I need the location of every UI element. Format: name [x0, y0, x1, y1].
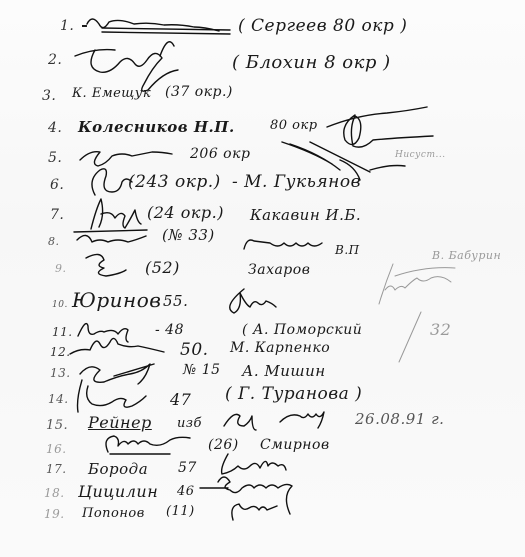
entry-name: Какавин И.Б.: [250, 206, 361, 224]
entry-number: 9.: [55, 262, 67, 275]
entry-district: (24 окр.): [147, 203, 224, 222]
entry-district: (№ 33): [162, 226, 215, 244]
entry-extra: В.П: [335, 243, 360, 257]
entry-name: А. Мишин: [242, 362, 326, 380]
signature: [240, 235, 350, 255]
entry-note: ( Блохин 8 окр ): [232, 52, 391, 73]
entry-district: 206 окр: [190, 146, 250, 162]
entry-name: К. Емещук: [72, 86, 151, 101]
entry-name: Юринов: [72, 288, 161, 312]
entry-number: 7.: [50, 207, 64, 223]
entry-district: (52): [145, 258, 180, 277]
entry-name: ( А. Поморский: [242, 322, 362, 338]
entry-name: Цицилин: [78, 482, 158, 501]
signature-struck: [82, 14, 232, 40]
entry-note: ( Сергеев 80 окр ): [238, 16, 407, 36]
entry-date: 26.08.91 г.: [355, 410, 444, 428]
entry-name: ( Г. Туранова ): [225, 384, 362, 404]
entry-district: 50.: [180, 340, 209, 360]
entry-name: Колесников Н.П.: [78, 118, 235, 136]
signature: [225, 500, 285, 522]
signature: [224, 285, 294, 320]
signature: [66, 334, 176, 360]
entry-number: 19.: [44, 507, 65, 521]
entry-number: 4.: [48, 120, 62, 136]
entry-number: 2.: [48, 52, 62, 68]
entry-name: - М. Гукьянов: [232, 172, 361, 192]
margin-slash: [395, 310, 425, 365]
signature: [70, 38, 190, 78]
entry-district: 57: [178, 460, 197, 476]
entry-district: (243 окр.): [128, 172, 221, 192]
margin-note-number: 32: [430, 320, 451, 339]
margin-signature: [375, 260, 485, 310]
entry-name: Борода: [88, 460, 148, 478]
entry-number: 17.: [46, 462, 67, 476]
entry-district: 80 окр: [270, 118, 318, 133]
entry-district: (37 окр.): [165, 84, 233, 100]
entry-number: 14.: [48, 392, 69, 406]
entry-number: 1.: [60, 18, 74, 34]
signature: [76, 378, 156, 414]
signature: [220, 404, 335, 432]
signature: [72, 226, 157, 251]
entry-district: 46: [177, 484, 195, 499]
entry-name: Захаров: [248, 262, 310, 278]
entry-number: 10.: [52, 300, 68, 310]
entry-number: 13.: [50, 366, 71, 380]
signature: [100, 432, 195, 458]
entry-number: 18.: [44, 486, 65, 500]
entry-number: 6.: [50, 177, 64, 193]
entry-name: Рейнер: [88, 413, 152, 432]
entry-number: 15.: [46, 418, 68, 433]
signature: [82, 252, 132, 280]
entry-number: 8.: [48, 235, 60, 248]
entry-number: 16.: [46, 442, 67, 456]
scanned-document: 1. ( Сергеев 80 окр ) 2. ( Блохин 8 окр …: [0, 0, 525, 557]
entry-district: (11): [166, 504, 195, 519]
entry-number: 3.: [42, 88, 56, 104]
entry-district: 47: [170, 390, 191, 409]
entry-name: М. Карпенко: [230, 340, 330, 356]
margin-note: Нисуст...: [395, 150, 446, 160]
entry-number: 5.: [48, 150, 62, 166]
entry-district: изб: [177, 416, 202, 431]
entry-district: № 15: [183, 362, 221, 378]
entry-district: 55.: [163, 292, 188, 310]
entry-name: Попонов: [82, 506, 145, 521]
